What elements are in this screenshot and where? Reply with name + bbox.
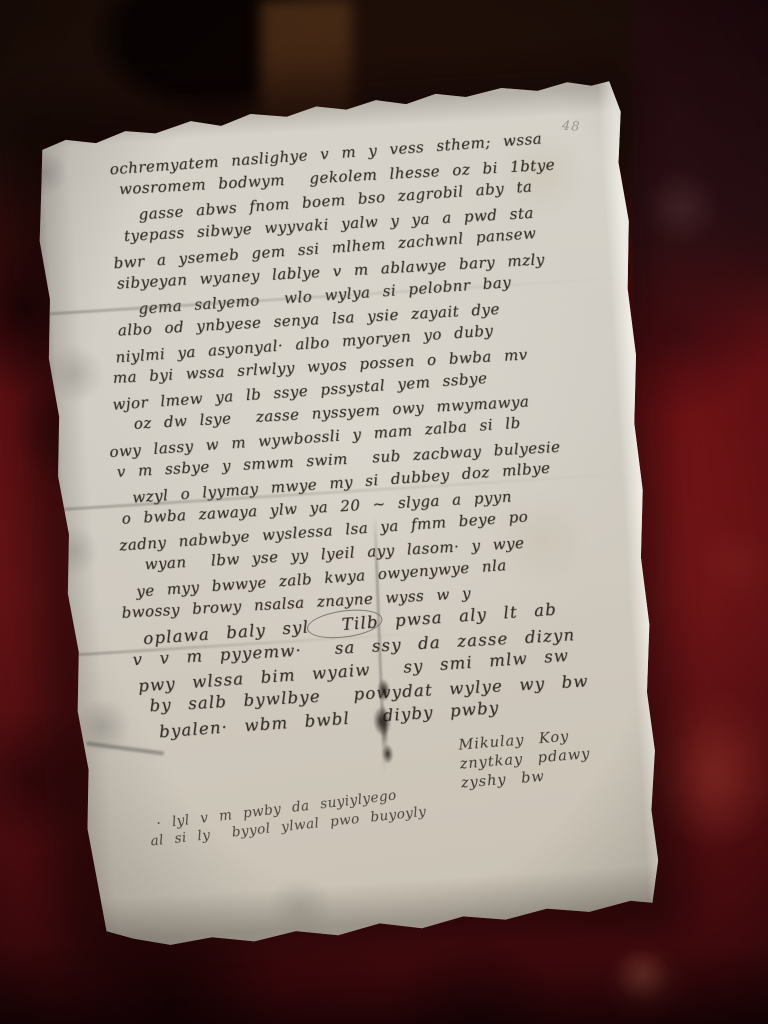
manuscript-paper: 48 ochremyatem naslighye v m y vess sthe… bbox=[22, 78, 674, 956]
maroon-corner bbox=[633, 0, 768, 370]
postscript-block: · lyl v m pwby da suyiylyego al si ly by… bbox=[156, 784, 428, 851]
handwriting-block: ochremyatem naslighye v m y vess sthem; … bbox=[91, 126, 632, 744]
photo-scene: 48 ochremyatem naslighye v m y vess sthe… bbox=[0, 0, 768, 1024]
pencil-smudge-stroke bbox=[86, 741, 164, 755]
signature-block: Mikulay Koy znytkay pdawy zyshy bw bbox=[458, 727, 592, 792]
